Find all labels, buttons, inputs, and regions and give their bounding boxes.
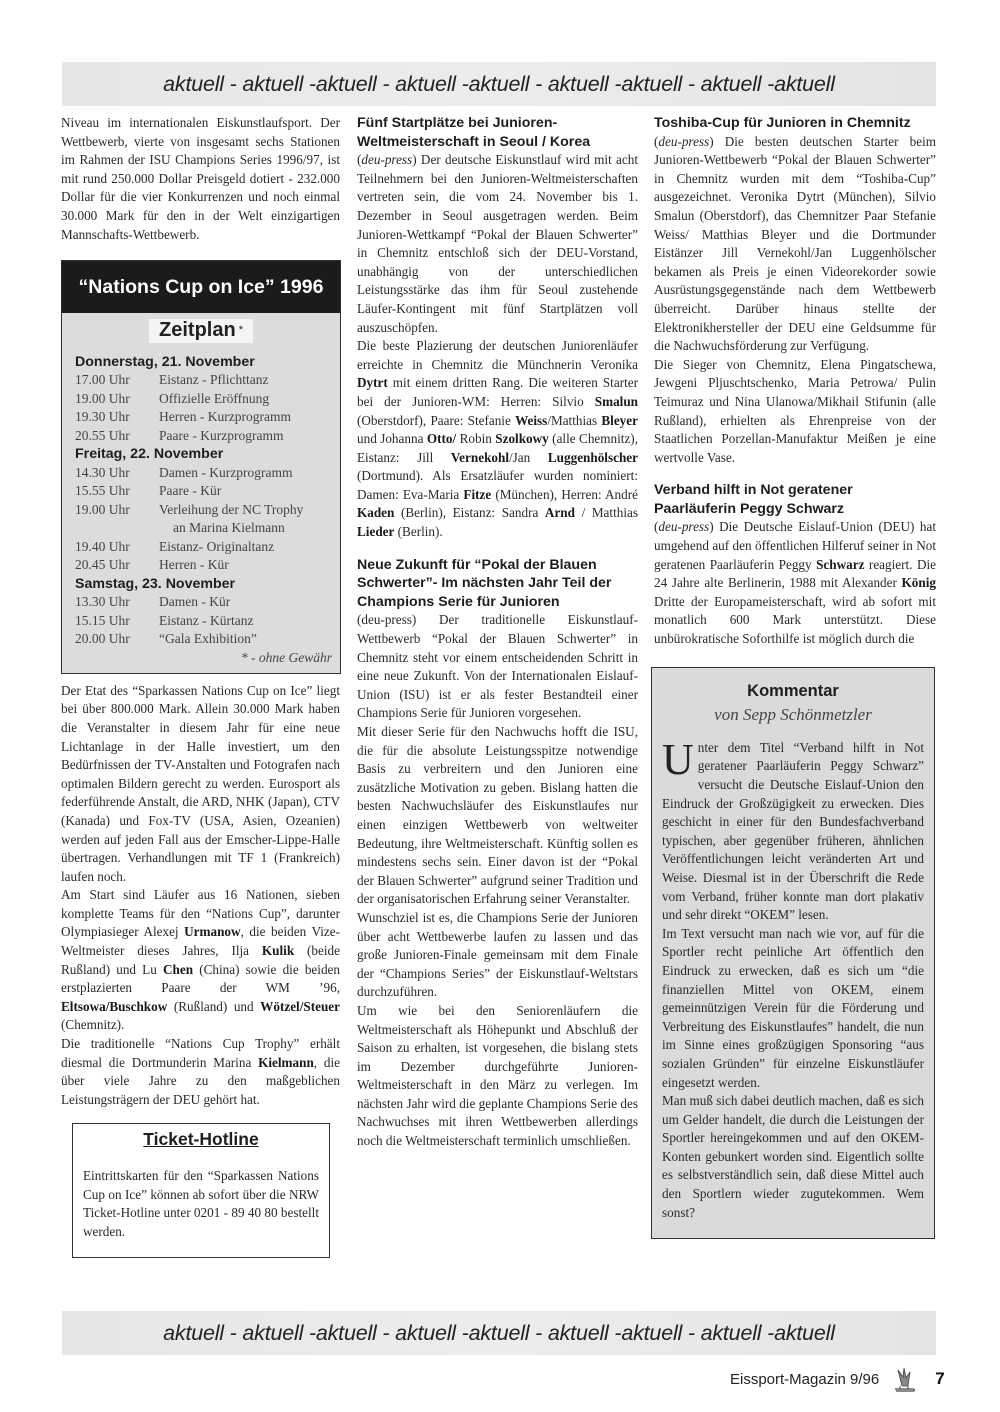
magazine-issue: Eissport-Magazin 9/96 [730, 1371, 879, 1388]
schedule-row: 19.40 UhrEistanz- Originaltanz [75, 538, 332, 557]
schedule-row: an Marina Kielmann [75, 519, 332, 538]
article-paragraph: Die beste Plazierung der deutschen Junio… [357, 337, 638, 542]
schedule-day: Freitag, 22. November [75, 445, 332, 464]
article-headline: Fünf Startplätze bei Junioren-Weltmeiste… [357, 114, 638, 151]
zeitplan-heading: Zeitplan* [149, 319, 253, 343]
schedule-row: 20.45 UhrHerren - Kür [75, 556, 332, 575]
ticket-hotline-text: Eintrittskarten für den “Sparkassen Nati… [83, 1167, 319, 1241]
ticket-hotline-box: Ticket-Hotline Eintrittskarten für den “… [72, 1123, 330, 1258]
start-paragraph: Am Start sind Läufer aus 16 Nationen, si… [61, 886, 340, 1035]
column-right: Toshiba-Cup für Junioren in Chemnitz (de… [654, 114, 936, 1239]
bottom-banner: aktuell - aktuell -aktuell - aktuell -ak… [62, 1311, 936, 1355]
schedule-row: 14.30 UhrDamen - Kurzprogramm [75, 464, 332, 483]
schedule-box: “Nations Cup on Ice” 1996 Zeitplan* Donn… [61, 260, 341, 674]
ticket-hotline-title: Ticket-Hotline [83, 1130, 319, 1149]
dropcap: U [662, 742, 694, 778]
page-number: 7 [935, 1369, 944, 1389]
kommentar-author: von Sepp Schönmetzler [662, 706, 924, 725]
kommentar-paragraph: Unter dem Titel “Verband hilft in Not ge… [662, 739, 924, 925]
schedule-row: 20.00 Uhr“Gala Exhibition” [75, 630, 332, 649]
article-paragraph: (deu-press) Der deutsche Eiskunstlauf wi… [357, 151, 638, 337]
article-paragraph: (deu-press) Der traditionelle Eiskunstla… [357, 611, 638, 723]
trophy-paragraph: Die traditionelle “Nations Cup Trophy” e… [61, 1035, 340, 1109]
article-paragraph: (deu-press) Die besten deutschen Starter… [654, 133, 936, 356]
page-footer: Eissport-Magazin 9/96 7 [730, 1364, 945, 1394]
kommentar-box: Kommentar von Sepp Schönmetzler Unter de… [651, 667, 935, 1240]
schedule-row: 15.15 UhrEistanz - Kürtanz [75, 612, 332, 631]
schedule-note: * - ohne Gewähr [75, 649, 332, 667]
column-left: Niveau im internationalen Eiskunstlaufsp… [61, 114, 340, 1258]
kommentar-paragraph: Man muß sich dabei deutlich machen, daß … [662, 1092, 924, 1222]
schedule-day: Samstag, 23. November [75, 575, 332, 594]
schedule-row: 20.55 UhrPaare - Kurzprogramm [75, 427, 332, 446]
schedule-row: 13.30 UhrDamen - Kür [75, 593, 332, 612]
schedule-title: “Nations Cup on Ice” 1996 [62, 261, 340, 313]
article-paragraph: Wunschziel ist es, die Champions Serie d… [357, 909, 638, 1002]
banner-text: aktuell - aktuell -aktuell - aktuell -ak… [163, 72, 835, 97]
schedule-row: 15.55 UhrPaare - Kür [75, 482, 332, 501]
column-middle: Fünf Startplätze bei Junioren-Weltmeiste… [357, 114, 638, 1151]
schedule-row: 19.30 UhrHerren - Kurzprogramm [75, 408, 332, 427]
article-headline: Neue Zukunft für “Pokal der Blauen Schwe… [357, 556, 638, 612]
article-paragraph: Um wie bei den Seniorenläufern die Weltm… [357, 1002, 638, 1151]
budget-paragraph: Der Etat des “Sparkassen Nations Cup on … [61, 682, 340, 887]
kommentar-title: Kommentar [662, 682, 924, 701]
article-paragraph: (deu-press) Die Deutsche Eislauf-Union (… [654, 518, 936, 648]
banner-text: aktuell - aktuell -aktuell - aktuell -ak… [163, 1321, 835, 1346]
article-paragraph: Mit dieser Serie für den Nachwuchs hofft… [357, 723, 638, 909]
schedule-row: 19.00 UhrVerleihung der NC Trophy [75, 501, 332, 520]
article-paragraph: Die Sieger von Chemnitz, Elena Pingatsch… [654, 356, 936, 468]
skate-logo-icon [889, 1364, 919, 1394]
schedule-row: 17.00 UhrEistanz - Pflichttanz [75, 371, 332, 390]
schedule-day: Donnerstag, 21. November [75, 353, 332, 372]
schedule-row: 19.00 UhrOffizielle Eröffnung [75, 390, 332, 409]
intro-paragraph: Niveau im internationalen Eiskunstlaufsp… [61, 114, 340, 244]
article-headline: Verband hilft in Not geratener Paarläufe… [654, 481, 936, 518]
kommentar-paragraph: Im Text versucht man nach wie vor, auf f… [662, 925, 924, 1092]
top-banner: aktuell - aktuell -aktuell - aktuell -ak… [62, 62, 936, 106]
article-headline: Toshiba-Cup für Junioren in Chemnitz [654, 114, 936, 133]
schedule-list: Donnerstag, 21. November 17.00 UhrEistan… [62, 343, 340, 673]
